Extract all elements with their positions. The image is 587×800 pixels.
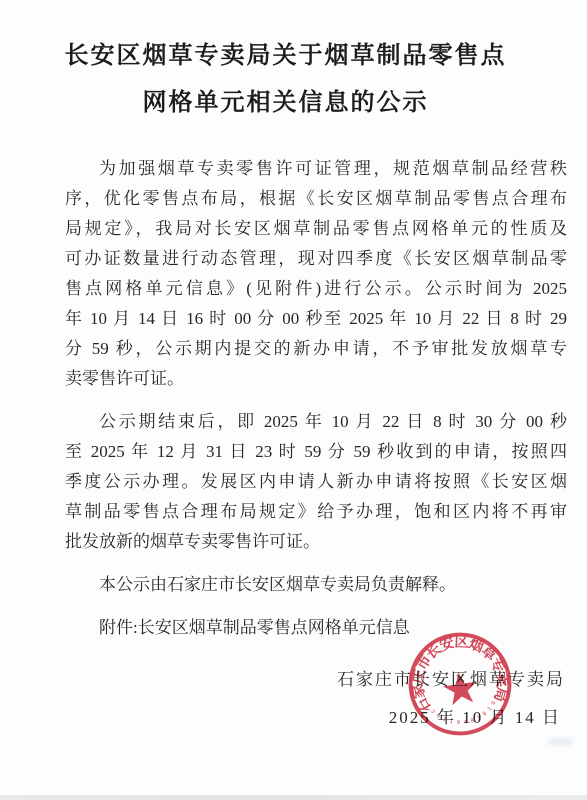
title-line-1: 长安区烟草专卖局关于烟草制品零售点 [0, 33, 579, 80]
body-line: 可办证数量进行动态管理，现对四季度《长安区烟草制品零 [65, 244, 567, 274]
document-page: 长安区烟草专卖局关于烟草制品零售点 网格单元相关信息的公示 为加强烟草专卖零售许… [0, 0, 587, 800]
body-line: 草制品零售点合理布局规定》给予办理，饱和区内将不再审 [65, 497, 567, 527]
scan-smudge [548, 738, 574, 746]
body-line: 本公示由石家庄市长安区烟草专卖局负责解释。 [65, 570, 567, 600]
body-line: 卖零售许可证。 [65, 364, 567, 394]
body-line: 批发放新的烟草专卖零售许可证。 [65, 527, 567, 557]
paragraph-3: 本公示由石家庄市长安区烟草专卖局负责解释。 [65, 570, 567, 600]
body-line: 附件:长安区烟草制品零售点网格单元信息 [65, 613, 567, 643]
body-line: 至 2025 年 12 月 31 日 23 时 59 分 59 秒收到的申请，按… [65, 437, 567, 467]
body-line: 局规定》，我局对长安区烟草制品零售点网格单元的性质及 [65, 214, 567, 244]
body-line: 季度公示办理。发展区内申请人新办申请将按照《长安区烟 [65, 467, 567, 497]
paragraph-2: 公示期结束后，即 2025 年 10 月 22 日 8 时 30 分 00 秒至… [65, 407, 567, 557]
body-line: 分 59 秒，公示期内提交的新办申请，不予审批发放烟草专 [65, 334, 567, 364]
scan-edge-artifact [0, 795, 587, 800]
issuer-signature: 石家庄市长安区烟草专卖局 [65, 665, 565, 695]
paragraphs-container: 为加强烟草专卖零售许可证管理，规范烟草制品经营秩序，优化零售点布局，根据《长安区… [65, 154, 567, 643]
body-line: 为加强烟草专卖零售许可证管理，规范烟草制品经营秩 [65, 154, 567, 184]
title-line-2: 网格单元相关信息的公示 [0, 80, 579, 127]
body-line: 年 10 月 14 日 16 时 00 分 00 秒至 2025 年 10 月 … [65, 304, 567, 334]
paragraph-4: 附件:长安区烟草制品零售点网格单元信息 [65, 613, 567, 643]
paragraph-1: 为加强烟草专卖零售许可证管理，规范烟草制品经营秩序，优化零售点布局，根据《长安区… [65, 154, 567, 394]
document-title: 长安区烟草专卖局关于烟草制品零售点 网格单元相关信息的公示 [0, 33, 579, 127]
body-line: 序，优化零售点布局，根据《长安区烟草制品零售点合理布 [65, 184, 567, 214]
signature-block: 石家庄市长安区烟草专卖局 2025 年 10 月 14 日 [65, 665, 567, 733]
document-body: 为加强烟草专卖零售许可证管理，规范烟草制品经营秩序，优化零售点布局，根据《长安区… [0, 154, 587, 733]
body-line: 公示期结束后，即 2025 年 10 月 22 日 8 时 30 分 00 秒 [65, 407, 567, 437]
issue-date: 2025 年 10 月 14 日 [65, 703, 561, 733]
body-line: 售点网格单元信息》(见附件)进行公示。公示时间为 2025 [65, 274, 567, 304]
